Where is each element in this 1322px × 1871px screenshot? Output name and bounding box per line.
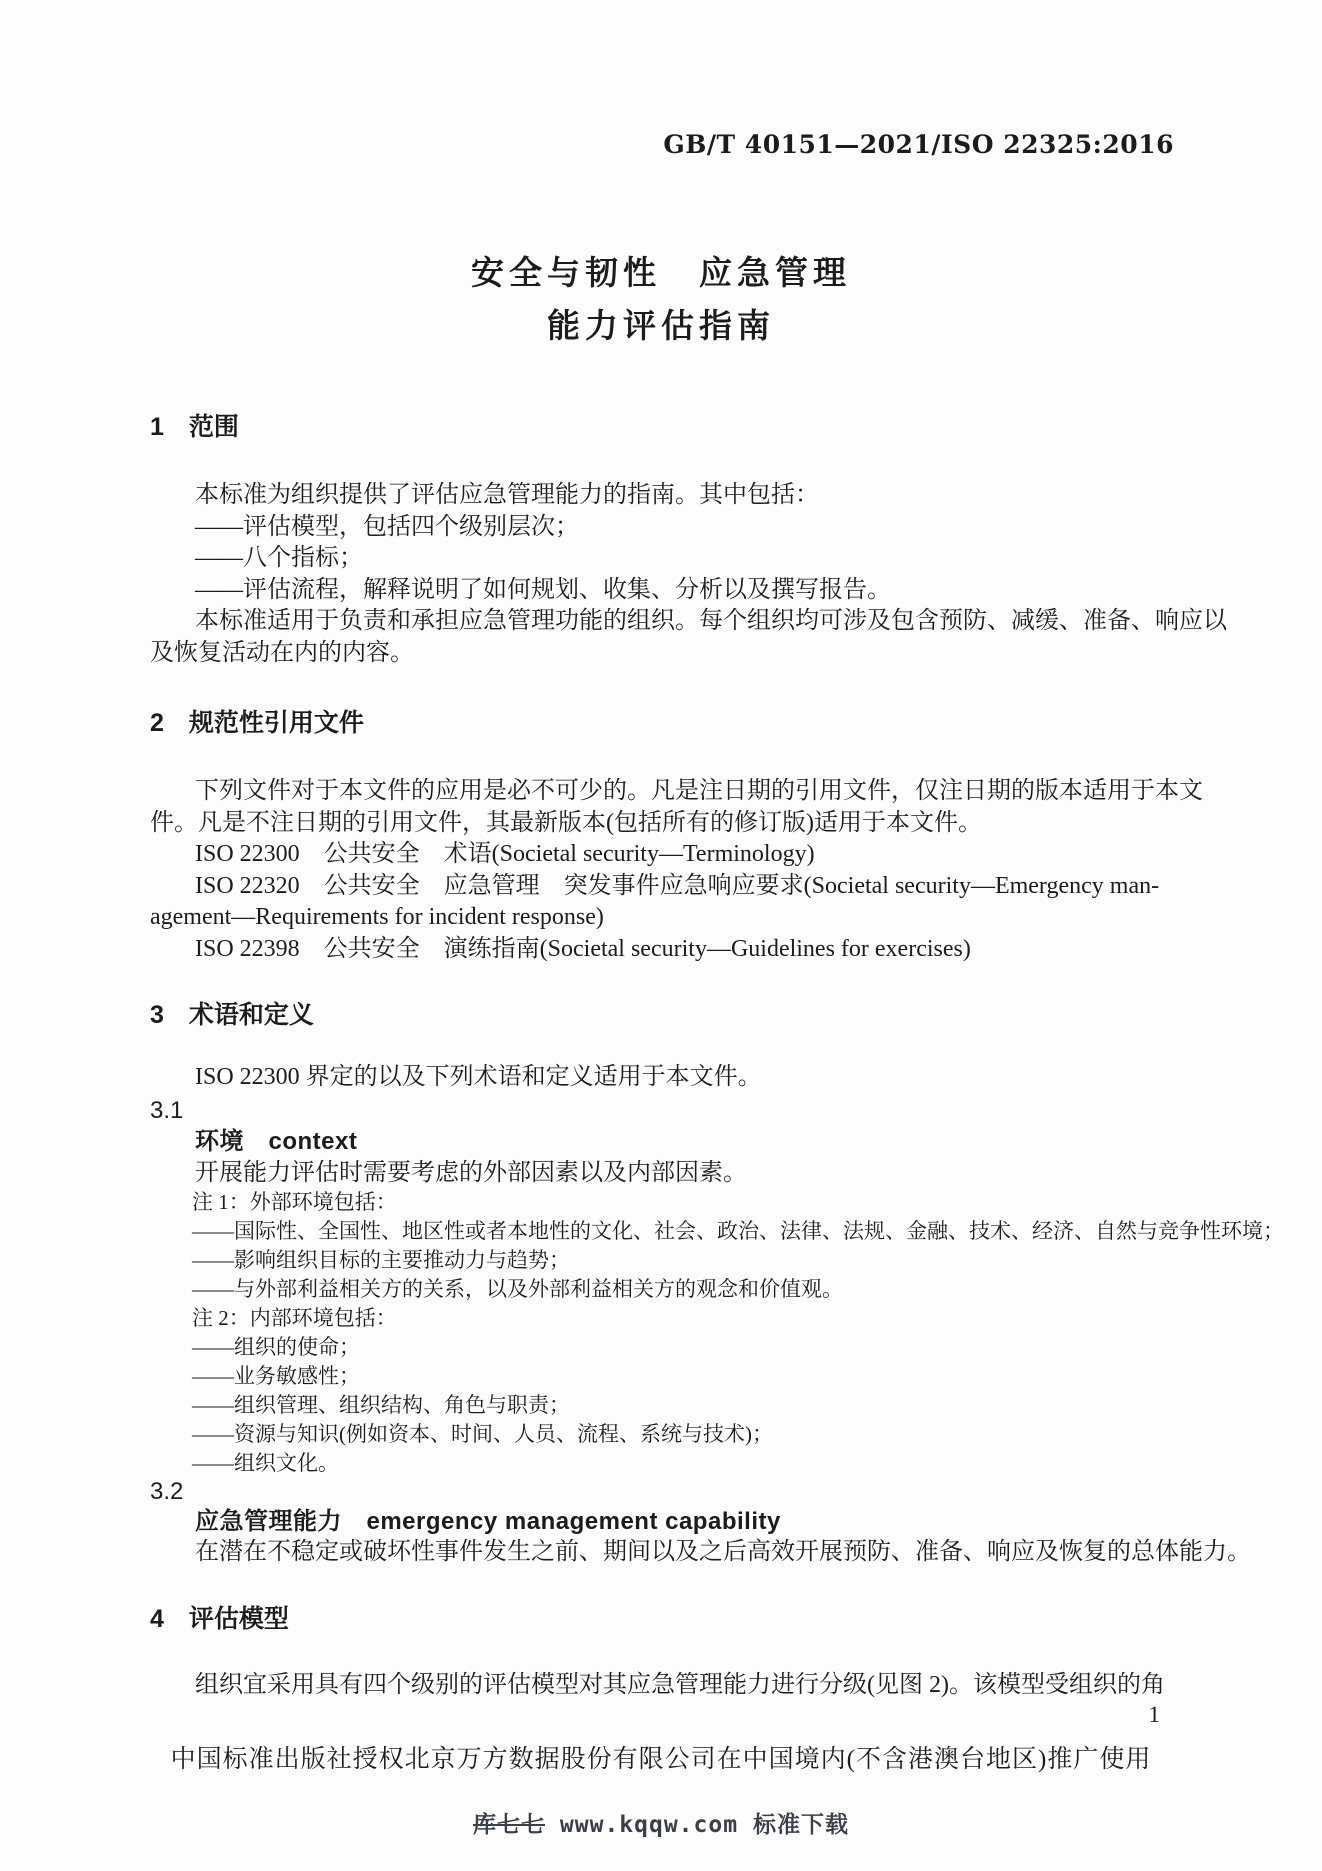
document-code: GB/T 40151—2021/ISO 22325:2016 xyxy=(663,130,1174,159)
list-item: ——评估模型，包括四个级别层次； xyxy=(150,512,1190,544)
note-line: ——组织的使命； xyxy=(192,1333,1192,1362)
watermark-url: www.kqqw.com xyxy=(560,1812,738,1838)
term-name-context: 环境 context xyxy=(195,1127,357,1157)
reference-item-continuation: agement—Requirements for incident respon… xyxy=(150,902,1190,934)
reference-item: ISO 22398 公共安全 演练指南(Societal security—Gu… xyxy=(150,934,1190,966)
paragraph-line: 件。凡是不注日期的引用文件，其最新版本(包括所有的修订版)适用于本文件。 xyxy=(150,808,1190,840)
paragraph-line: 本标准为组织提供了评估应急管理能力的指南。其中包括： xyxy=(150,480,1190,512)
list-item: ——八个指标； xyxy=(150,543,1190,575)
document-title-line1: 安全与韧性 应急管理 xyxy=(0,246,1322,299)
paragraph-line: 组织宜采用具有四个级别的评估模型对其应急管理能力进行分级(见图 2)。该模型受组… xyxy=(150,1670,1190,1702)
note-line: ——国际性、全国性、地区性或者本地性的文化、社会、政治、法律、法规、金融、技术、… xyxy=(192,1217,1192,1246)
note-line: ——组织文化。 xyxy=(192,1449,1192,1478)
terms-intro: ISO 22300 界定的以及下列术语和定义适用于本文件。 xyxy=(150,1062,762,1094)
document-title-line2: 能力评估指南 xyxy=(0,299,1322,352)
section-2-body: 下列文件对于本文件的应用是必不可少的。凡是注日期的引用文件，仅注日期的版本适用于… xyxy=(150,776,1190,965)
reference-item: ISO 22300 公共安全 术语(Societal security—Term… xyxy=(150,839,1190,871)
page-number: 1 xyxy=(1149,1702,1161,1728)
reference-item: ISO 22320 公共安全 应急管理 突发事件应急响应要求(Societal … xyxy=(150,871,1190,903)
watermark-brand: 库七七 xyxy=(473,1812,545,1838)
note-line: ——资源与知识(例如资本、时间、人员、流程、系统与技术)； xyxy=(192,1420,1192,1449)
standard-document-page: GB/T 40151—2021/ISO 22325:2016 安全与韧性 应急管… xyxy=(0,0,1322,1871)
paragraph-line: 下列文件对于本文件的应用是必不可少的。凡是注日期的引用文件，仅注日期的版本适用于… xyxy=(150,776,1190,808)
section-1-body: 本标准为组织提供了评估应急管理能力的指南。其中包括： ——评估模型，包括四个级别… xyxy=(150,480,1190,669)
note-line: ——业务敏感性； xyxy=(192,1362,1192,1391)
term-definition-context: 开展能力评估时需要考虑的外部因素以及内部因素。 xyxy=(195,1158,747,1189)
term-notes-context: 注 1：外部环境包括： ——国际性、全国性、地区性或者本地性的文化、社会、政治、… xyxy=(192,1188,1192,1478)
term-definition-emergency-management-capability: 在潜在不稳定或破坏性事件发生之前、期间以及之后高效开展预防、准备、响应及恢复的总… xyxy=(195,1537,1251,1568)
paragraph-line: 及恢复活动在内的内容。 xyxy=(150,638,1190,670)
list-item: ——评估流程，解释说明了如何规划、收集、分析以及撰写报告。 xyxy=(150,575,1190,607)
note-line: 注 1：外部环境包括： xyxy=(192,1188,1192,1217)
section-3-heading: 3 术语和定义 xyxy=(150,1000,314,1030)
footer-authorization: 中国标准出版社授权北京万方数据股份有限公司在中国境内(不含港澳台地区)推广使用 xyxy=(0,1739,1322,1775)
note-line: ——组织管理、组织结构、角色与职责； xyxy=(192,1391,1192,1420)
term-name-emergency-management-capability: 应急管理能力 emergency management capability xyxy=(195,1507,781,1537)
note-line: 注 2：内部环境包括： xyxy=(192,1304,1192,1333)
term-number-3-2: 3.2 xyxy=(150,1477,183,1507)
watermark-suffix: 标准下载 xyxy=(753,1812,849,1838)
note-line: ——与外部利益相关方的关系，以及外部利益相关方的观念和价值观。 xyxy=(192,1275,1192,1304)
note-line: ——影响组织目标的主要推动力与趋势； xyxy=(192,1246,1192,1275)
section-1-heading: 1 范围 xyxy=(150,412,239,442)
watermark: 库七七 www.kqqw.com 标准下载 xyxy=(0,1806,1322,1839)
section-4-body: 组织宜采用具有四个级别的评估模型对其应急管理能力进行分级(见图 2)。该模型受组… xyxy=(150,1670,1190,1702)
paragraph-line: 本标准适用于负责和承担应急管理功能的组织。每个组织均可涉及包含预防、减缓、准备、… xyxy=(150,606,1190,638)
term-number-3-1: 3.1 xyxy=(150,1096,183,1126)
section-4-heading: 4 评估模型 xyxy=(150,1604,289,1634)
document-title: 安全与韧性 应急管理 能力评估指南 xyxy=(0,246,1322,352)
section-2-heading: 2 规范性引用文件 xyxy=(150,708,364,738)
